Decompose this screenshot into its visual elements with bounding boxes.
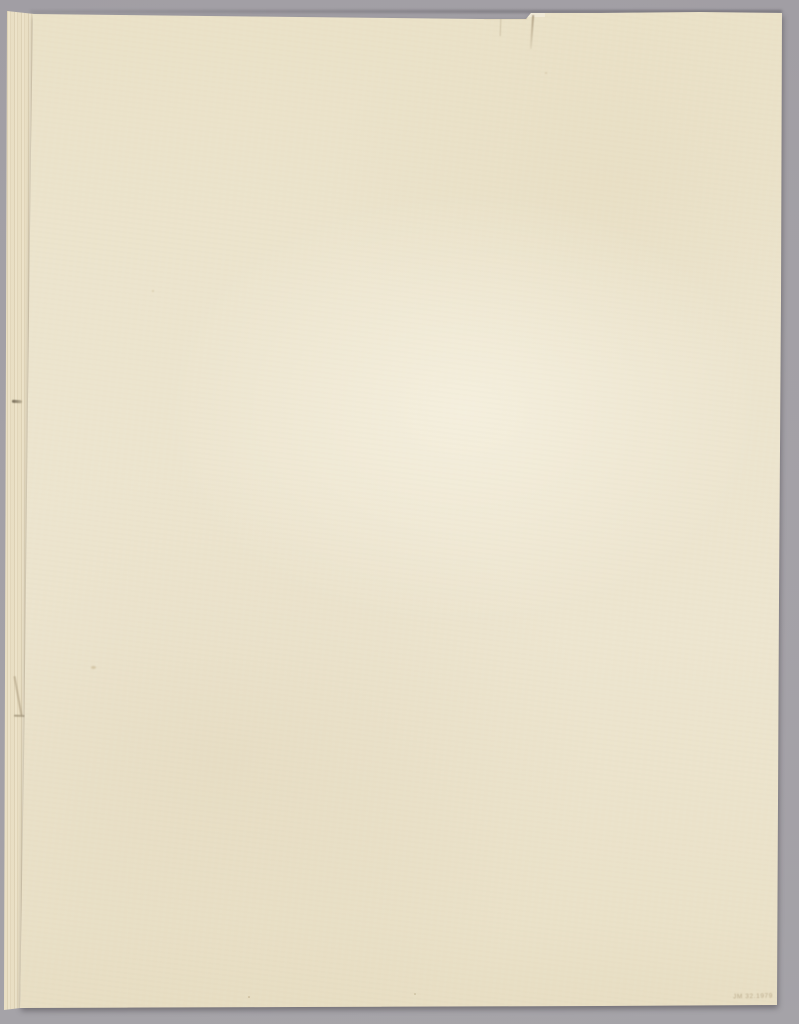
top-edge-tear-shadow	[484, 18, 527, 20]
paper-speck	[91, 666, 96, 669]
photo-of-album-page: JM 32.1979	[0, 0, 799, 1024]
paper-speck	[545, 72, 547, 74]
paper-speck	[414, 993, 416, 995]
blank-page: JM 32.1979	[0, 0, 799, 1024]
accession-inscription: JM 32.1979	[733, 993, 773, 1001]
paper-grain	[0, 0, 799, 1024]
top-edge-tear	[523, 10, 545, 17]
paper-speck	[248, 996, 250, 998]
paper-speck	[25, 75, 28, 78]
paper-speck	[152, 290, 154, 292]
page-shadow: JM 32.1979	[0, 0, 799, 1024]
